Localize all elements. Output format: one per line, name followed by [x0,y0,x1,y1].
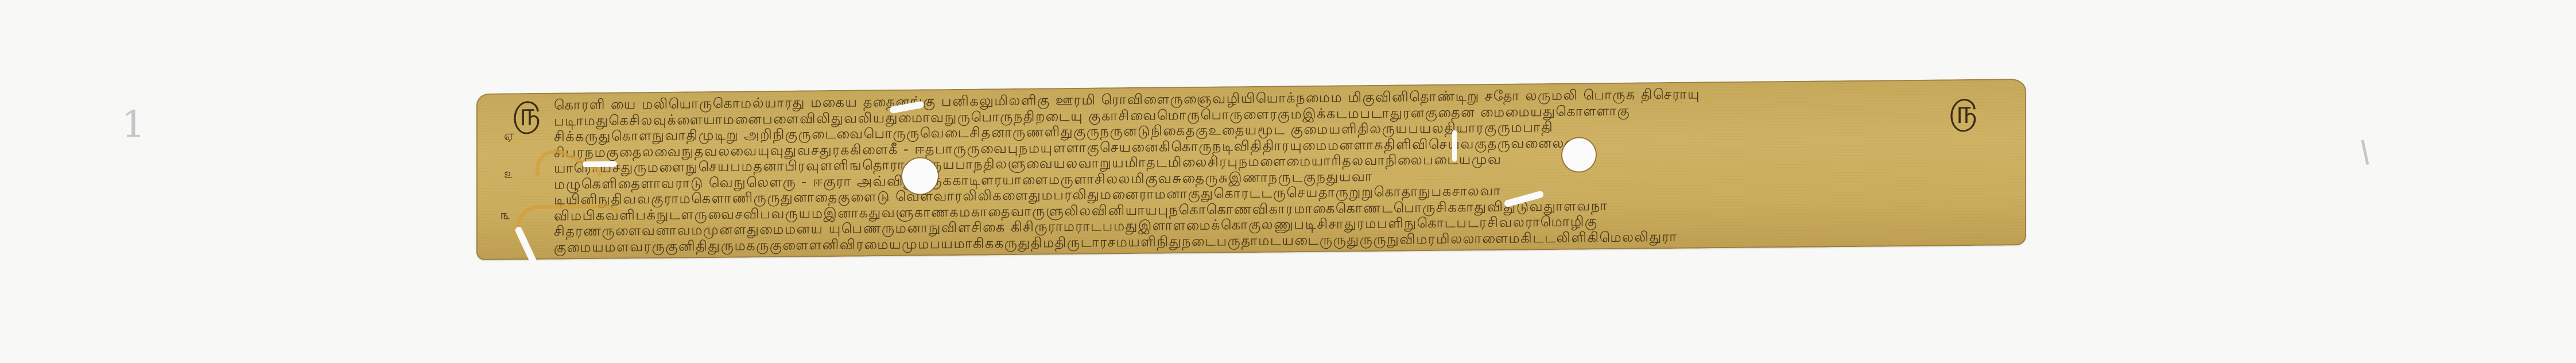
manuscript-text: கொரளி யை மலியொருகொமல்யாரது மகைய ததைனங்கு… [554,84,1926,258]
folio-number-right: ௫ [1949,92,1978,136]
margin-note: ௩ [501,208,510,224]
palm-leaf: ௫ ௫ ஏ ௨ ௩ கொரளி யை மலியொருகொமல்யாரது மகை… [476,79,2026,260]
margin-note: ௨ [504,167,513,183]
worm-damage [583,161,617,168]
pencil-folio-mark-left: 1 [122,103,145,146]
margin-note: ஏ [504,129,514,145]
string-hole [902,158,938,194]
folio-number-left: ௫ [512,94,541,138]
string-hole [1562,138,1596,172]
pencil-mark-right: ǀ [2356,133,2375,174]
worm-damage [1452,130,1457,162]
stain-mark [515,204,627,253]
